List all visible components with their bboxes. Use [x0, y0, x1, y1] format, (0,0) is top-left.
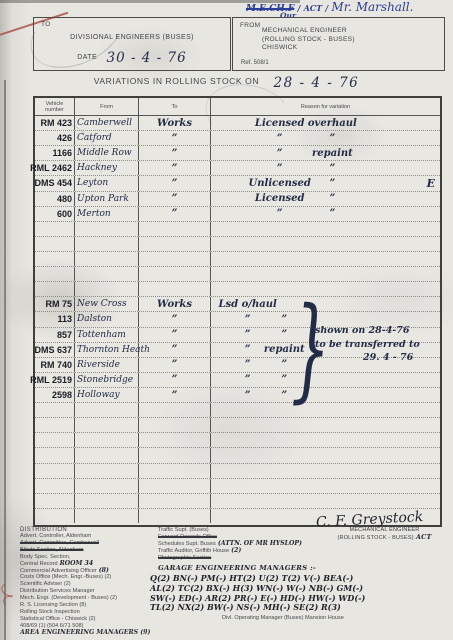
reason-part: ”	[245, 314, 251, 325]
from-label: FROM	[240, 22, 260, 29]
reason-for-variation: Licensedoverhaul	[211, 116, 440, 130]
table-row	[35, 282, 440, 297]
vehicle-number: RM 740	[35, 358, 75, 372]
vehicle-number: 426	[35, 131, 75, 145]
distribution-item: Blinds Section, Aldenham	[20, 547, 160, 554]
distribution-item: Scientific Adviser (2)	[20, 581, 160, 588]
reference-number: Ref. 508/1	[241, 60, 269, 66]
distribution-item: Advert. Controller, Aldenham	[20, 533, 160, 540]
vehicle-number	[35, 464, 75, 478]
reason-part: repaint	[312, 148, 353, 159]
to-location: ”	[139, 373, 211, 387]
to-location: ”	[139, 192, 211, 206]
vehicle-number	[35, 267, 75, 281]
reason-part: E	[427, 177, 435, 190]
table-header-row: Vehicle number From To Reason for variat…	[35, 98, 440, 116]
table-row: 426Catford”””	[35, 131, 440, 146]
reason-part: ”	[281, 314, 287, 325]
scan-edge-left	[4, 80, 6, 640]
table-row: RM 423CamberwellWorksLicensedoverhaul	[35, 116, 440, 131]
to-location	[139, 237, 211, 251]
table-row: 1166Middle Row””repaint	[35, 146, 440, 161]
from-garage	[75, 464, 139, 478]
col-header-to: To	[139, 98, 211, 115]
from-address: MECHANICAL ENGINEER (ROLLING STOCK - BUS…	[262, 27, 355, 53]
signature-annotation: ACT	[416, 533, 432, 541]
table-row	[35, 418, 440, 433]
distribution-list-left: DISTRIBUTION Advert. Controller, Aldenha…	[20, 527, 160, 637]
date-label: DATE	[77, 54, 97, 61]
vehicle-number	[35, 448, 75, 462]
vehicle-number	[35, 418, 75, 432]
document-title: VARIATIONS IN ROLLING STOCK ON 28 - 4 - …	[0, 74, 453, 92]
from-line2: (ROLLING STOCK - BUSES)	[262, 36, 355, 45]
vehicle-number: RM 75	[35, 297, 75, 311]
reason-for-variation	[211, 237, 440, 251]
vehicle-number: 480	[35, 192, 75, 206]
to-location: ”	[139, 328, 211, 342]
vehicle-number: 857	[35, 328, 75, 342]
from-garage	[75, 222, 139, 236]
reason-part: ”	[329, 133, 335, 144]
vehicle-number	[35, 252, 75, 266]
handwritten-addition: ROOM 34	[60, 560, 94, 567]
reason-part: ”	[245, 359, 251, 370]
from-garage: Upton Park	[75, 192, 139, 206]
reason-for-variation: ””	[211, 131, 440, 145]
to-location	[139, 494, 211, 508]
garage-managers-heading: GARAGE ENGINEERING MANAGERS :-	[158, 564, 328, 572]
to-location: Works	[139, 116, 211, 130]
table-row	[35, 494, 440, 509]
distribution-item: Traffic Auditor, Griffith House(2)	[158, 548, 328, 555]
to-label: TO	[41, 21, 51, 28]
table-row: 480Upton Park”Licensed”	[35, 192, 440, 207]
to-location: ”	[139, 176, 211, 190]
reason-part: ”	[281, 359, 287, 370]
to-location	[139, 464, 211, 478]
table-row: 600Merton”””	[35, 207, 440, 222]
from-garage: Catford	[75, 131, 139, 145]
to-location	[139, 267, 211, 281]
reason-part: ”	[329, 163, 335, 174]
reason-part: ”	[329, 178, 335, 189]
to-location: ”	[139, 131, 211, 145]
table-row: RML 2519Stonebridge”””	[35, 373, 440, 388]
reason-for-variation	[211, 222, 440, 236]
from-garage: Camberwell	[75, 116, 139, 130]
reason-part: ”	[277, 163, 283, 174]
reason-for-variation: ””	[211, 207, 440, 221]
from-garage	[75, 282, 139, 296]
from-garage	[75, 237, 139, 251]
handwritten-addition: (8)	[99, 567, 109, 574]
vehicle-number: 1166	[35, 146, 75, 160]
from-garage	[75, 448, 139, 462]
vehicle-number	[35, 403, 75, 417]
to-location	[139, 418, 211, 432]
handwritten-addition: (ATTN. OF MR HYSLOP)	[218, 540, 302, 547]
reason-for-variation	[211, 252, 440, 266]
col-header-vehicle-number: Vehicle number	[35, 98, 75, 115]
table-body: RM 423CamberwellWorksLicensedoverhaul426…	[35, 116, 440, 523]
distribution-item: Commercial Advertising Officer(8)	[20, 568, 160, 575]
vehicle-number	[35, 433, 75, 447]
distribution-item: AREA ENGINEERING MANAGERS (9)	[20, 630, 160, 637]
from-garage	[75, 433, 139, 447]
reason-part: ”	[281, 329, 287, 340]
reason-for-variation	[211, 448, 440, 462]
reason-part: overhaul	[308, 118, 357, 129]
distribution-item: Traffic Supt. (Buses)	[158, 527, 328, 534]
to-location	[139, 448, 211, 462]
from-garage: New Cross	[75, 297, 139, 311]
to-location	[139, 222, 211, 236]
table-row	[35, 464, 440, 479]
to-location: ”	[139, 207, 211, 221]
vehicle-number: 113	[35, 312, 75, 326]
reason-for-variation: Licensed”	[211, 192, 440, 206]
reason-for-variation	[211, 479, 440, 493]
from-line3: CHISWICK	[262, 44, 355, 53]
reason-for-variation	[211, 267, 440, 281]
reason-part: ”	[277, 133, 283, 144]
to-location: Works	[139, 297, 211, 311]
vehicle-number: DMS 637	[35, 343, 75, 357]
to-location: ”	[139, 312, 211, 326]
divisional-operating-manager-line: Divl. Operating Manager (Buses) Mansion …	[222, 615, 344, 621]
col-header-from: From	[75, 98, 139, 115]
rolling-stock-table: Vehicle number From To Reason for variat…	[33, 96, 442, 527]
reason-part: Licensed	[255, 193, 305, 204]
reason-part: ”	[281, 390, 287, 401]
from-garage	[75, 403, 139, 417]
table-row	[35, 237, 440, 252]
to-location	[139, 509, 211, 523]
table-row: RML 2462Hackney”””	[35, 161, 440, 176]
to-location: ”	[139, 161, 211, 175]
reason-for-variation: ”repaint	[211, 146, 440, 160]
group-annotation-line: shown on 28-4-76	[315, 324, 420, 338]
from-garage: Dalston	[75, 312, 139, 326]
table-row	[35, 479, 440, 494]
vehicle-number	[35, 237, 75, 251]
from-garage: Thornton Heath	[75, 343, 139, 357]
reason-part: ”	[281, 374, 287, 385]
table-row	[35, 252, 440, 267]
routing-note-mid: ACT	[304, 3, 323, 13]
distribution-item: Photographic Section	[158, 555, 328, 562]
distribution-list-middle: Traffic Supt. (Buses)Forward Records Off…	[158, 527, 328, 572]
table-row: RM 75New CrossWorksLsd o/haul	[35, 297, 440, 312]
distribution-item: Schedules Supt. Buses(ATTN. OF MR HYSLOP…	[158, 541, 328, 548]
to-location	[139, 433, 211, 447]
reason-part: ”	[277, 208, 283, 219]
reason-for-variation: ””	[211, 161, 440, 175]
date-row: DATE 30 - 4 - 76	[34, 49, 230, 67]
signature-title-2: (ROLLING STOCK - BUSES)ACT	[316, 533, 453, 541]
vehicle-number: RML 2462	[35, 161, 75, 175]
from-garage	[75, 418, 139, 432]
group-annotation: shown on 28-4-76to be transferred to29. …	[315, 324, 420, 365]
distribution-item: Distribution Services Manager	[20, 588, 160, 595]
title-date-handwritten: 28 - 4 - 76	[274, 75, 360, 91]
to-recipient: DIVISIONAL ENGINEERS (BUSES)	[34, 34, 230, 41]
reason-for-variation	[211, 418, 440, 432]
table-row: DMS 454Leyton”Unlicensed”E	[35, 176, 440, 191]
from-garage: Middle Row	[75, 146, 139, 160]
distribution-item: Costs Office (Mech. Engr.-Buses) (2)	[20, 574, 160, 581]
from-garage: Hackney	[75, 161, 139, 175]
to-location	[139, 479, 211, 493]
from-garage: Tottenham	[75, 328, 139, 342]
table-row	[35, 267, 440, 282]
from-garage	[75, 479, 139, 493]
vehicle-number	[35, 479, 75, 493]
garage-code-line: TL(2) NX(2) BW(-) NS(-) MH(-) SE(2) R(3)	[150, 603, 452, 613]
from-garage: Leyton	[75, 176, 139, 190]
to-location: ”	[139, 388, 211, 402]
title-text: VARIATIONS IN ROLLING STOCK ON	[94, 76, 259, 86]
reason-for-variation	[211, 464, 440, 478]
reason-part: Lsd o/haul	[218, 299, 276, 310]
from-garage	[75, 509, 139, 523]
from-garage	[75, 494, 139, 508]
to-location	[139, 282, 211, 296]
scanned-document-page: M.E.CH.F / ACT / Mr. Marshall. Our TO DI…	[0, 0, 453, 640]
reason-part: ”	[245, 390, 251, 401]
reason-for-variation	[211, 494, 440, 508]
distribution-item: Mech. Engr. (Development - Buses) (2)	[20, 595, 160, 602]
reason-part: ”	[329, 193, 335, 204]
vehicle-number	[35, 509, 75, 523]
group-annotation-line: to be transferred to	[315, 338, 420, 352]
reason-for-variation: Unlicensed”E	[211, 176, 440, 190]
from-garage: Merton	[75, 207, 139, 221]
distribution-item: Rolling Stock Inspection	[20, 609, 160, 616]
from-garage: Holloway	[75, 388, 139, 402]
routing-note-slash: /	[297, 3, 300, 13]
from-line1: MECHANICAL ENGINEER	[262, 27, 355, 36]
table-row: 2598Holloway”””	[35, 388, 440, 403]
from-garage	[75, 267, 139, 281]
vehicle-number	[35, 222, 75, 236]
to-location: ”	[139, 146, 211, 160]
vehicle-number: RML 2519	[35, 373, 75, 387]
routing-note: M.E.CH.F / ACT / Mr. Marshall. Our	[246, 0, 453, 14]
group-annotation-line: 29. 4 - 76	[315, 351, 420, 365]
col-header-reason: Reason for variation	[211, 98, 440, 115]
to-location	[139, 252, 211, 266]
routing-note-slash: /	[325, 3, 328, 13]
to-box: TO DIVISIONAL ENGINEERS (BUSES) DATE 30 …	[33, 17, 231, 71]
to-location: ”	[139, 358, 211, 372]
routing-note-name: Mr. Marshall.	[331, 0, 413, 14]
reason-part: Unlicensed	[249, 178, 311, 189]
table-row	[35, 433, 440, 448]
reason-part: ”	[245, 329, 251, 340]
distribution-item: Advert. Committee, Camberwell	[20, 540, 160, 547]
from-garage	[75, 252, 139, 266]
reason-part: ”	[245, 344, 251, 355]
table-row	[35, 448, 440, 463]
from-box: FROM MECHANICAL ENGINEER (ROLLING STOCK …	[232, 17, 445, 71]
signature-block: C. F. Greystock MECHANICAL ENGINEER (ROL…	[316, 511, 453, 541]
reason-for-variation	[211, 433, 440, 447]
distribution-item: Central RecordROOM 34	[20, 561, 160, 568]
handwritten-addition: (2)	[231, 547, 241, 554]
from-garage: Stonebridge	[75, 373, 139, 387]
table-row	[35, 222, 440, 237]
table-row	[35, 403, 440, 418]
vehicle-number: 2598	[35, 388, 75, 402]
reason-part: Licensed	[255, 118, 305, 129]
garage-code-allocations: Q(2) BN(-) PM(-) HT(2) U(2) T(2) V(-) BE…	[150, 574, 452, 613]
vehicle-number	[35, 494, 75, 508]
date-value-handwritten: 30 - 4 - 76	[106, 50, 186, 66]
vehicle-number: 600	[35, 207, 75, 221]
vehicle-number	[35, 282, 75, 296]
to-location	[139, 403, 211, 417]
reason-part: ”	[329, 208, 335, 219]
vehicle-number: DMS 454	[35, 176, 75, 190]
vehicle-number: RM 423	[35, 116, 75, 130]
distribution-item: Statistical Office - Chiswick (2)	[20, 616, 160, 623]
reason-part: ”	[277, 148, 283, 159]
distribution-item: R. S. Licensing Section (8)	[20, 602, 160, 609]
reason-part: ”	[245, 374, 251, 385]
to-location: ”	[139, 343, 211, 357]
from-garage: Riverside	[75, 358, 139, 372]
